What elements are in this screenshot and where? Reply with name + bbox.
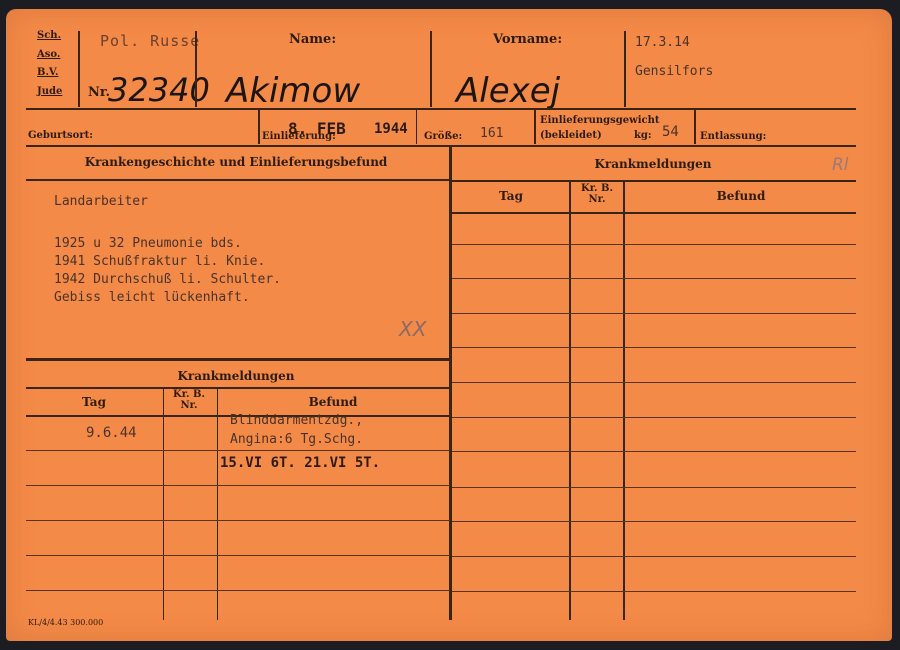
rule [26,387,450,389]
col-divider [623,181,625,620]
rule [452,180,856,182]
category-label-aso: Aso. [37,49,60,60]
admission-label: Einlieferung: [262,131,336,142]
row-befund-line1: 15.VI 6T. 21.VI 5T. [220,455,380,471]
divider [430,31,432,107]
firstname-label: Vorname: [493,32,562,47]
row-tag: 9.6.44 [86,425,137,441]
left-col-befund: Befund [218,395,448,409]
row-befund-line2: Angina:6 Tg.Schg. [230,432,363,447]
rule [26,179,450,181]
handwritten-mark: XX [399,317,426,341]
history-line: 1942 Durchschuß li. Schulter. [54,272,281,287]
category-label-jude: Jude [37,86,62,97]
rule [452,212,856,214]
category-label-bv: B.V. [37,67,58,78]
right-col-nr: Kr. B. Nr. [572,183,622,205]
right-col-befund: Befund [626,189,856,203]
number-label: Nr. [88,85,110,100]
history-line: 1941 Schußfraktur li. Knie. [54,254,265,269]
col-divider [217,388,218,620]
left-col-nr: Kr. B. Nr. [164,389,214,411]
col-divider [163,388,164,620]
row-rule [26,555,450,556]
row-rule [26,520,450,521]
handwritten-initials: Rl [832,155,849,175]
history-title: Krankengeschichte und Einlieferungsbefun… [26,155,446,169]
height-label: Größe: [424,131,462,142]
row-rule [452,521,856,522]
name-label: Name: [289,32,336,47]
divider [624,31,626,107]
birth-date: 17.3.14 [635,35,690,50]
discharge-label: Entlassung: [700,131,766,142]
divider [78,31,80,107]
divider [416,110,417,144]
weight-value: 54 [662,124,679,140]
left-reports-title: Krankmeldungen [26,369,446,383]
rule [26,358,450,361]
divider [534,110,536,144]
row-rule [26,485,450,486]
col-divider [569,181,571,620]
admission-stamp-year: 1944 [374,121,408,137]
divider [258,110,260,144]
row-rule [452,451,856,452]
weight-label-line2: (bekleidet) [540,130,602,141]
section-divider [449,146,452,620]
rule [26,145,856,147]
prisoner-index-card: Sch. Aso. B.V. Jude Pol. Russe Nr. 32340… [6,9,892,641]
row-rule [452,244,856,245]
birth-place: Gensilfors [635,64,713,79]
row-befund-line1: Blinddarmentzdg., [230,413,363,428]
height-value: 161 [480,126,503,141]
category-stamp: Pol. Russe [100,32,200,50]
right-col-tag: Tag [453,189,569,203]
firstname-value: Alexej [456,71,560,111]
divider [694,110,696,144]
history-occupation: Landarbeiter [54,194,148,209]
row-rule [452,313,856,314]
row-rule [452,382,856,383]
history-line: Gebiss leicht lückenhaft. [54,290,250,305]
divider [195,31,197,107]
weight-label-line1: Einlieferungsgewicht [540,115,660,126]
row-rule [26,590,450,591]
row-rule [452,347,856,348]
rule [26,108,856,110]
left-col-tag: Tag [26,395,162,409]
row-rule [452,591,856,592]
right-reports-title: Krankmeldungen [453,157,853,171]
category-label-sch: Sch. [37,30,61,41]
row-rule [452,417,856,418]
print-code: KL/4/4.43 300.000 [28,618,103,627]
birthplace-label: Geburtsort: [28,130,93,141]
row-rule [452,487,856,488]
surname-value: Akimow [226,71,360,111]
row-rule [452,278,856,279]
row-rule [452,556,856,557]
row-rule [26,450,450,451]
weight-unit-label: kg: [634,130,652,141]
history-line: 1925 u 32 Pneumonie bds. [54,236,242,251]
